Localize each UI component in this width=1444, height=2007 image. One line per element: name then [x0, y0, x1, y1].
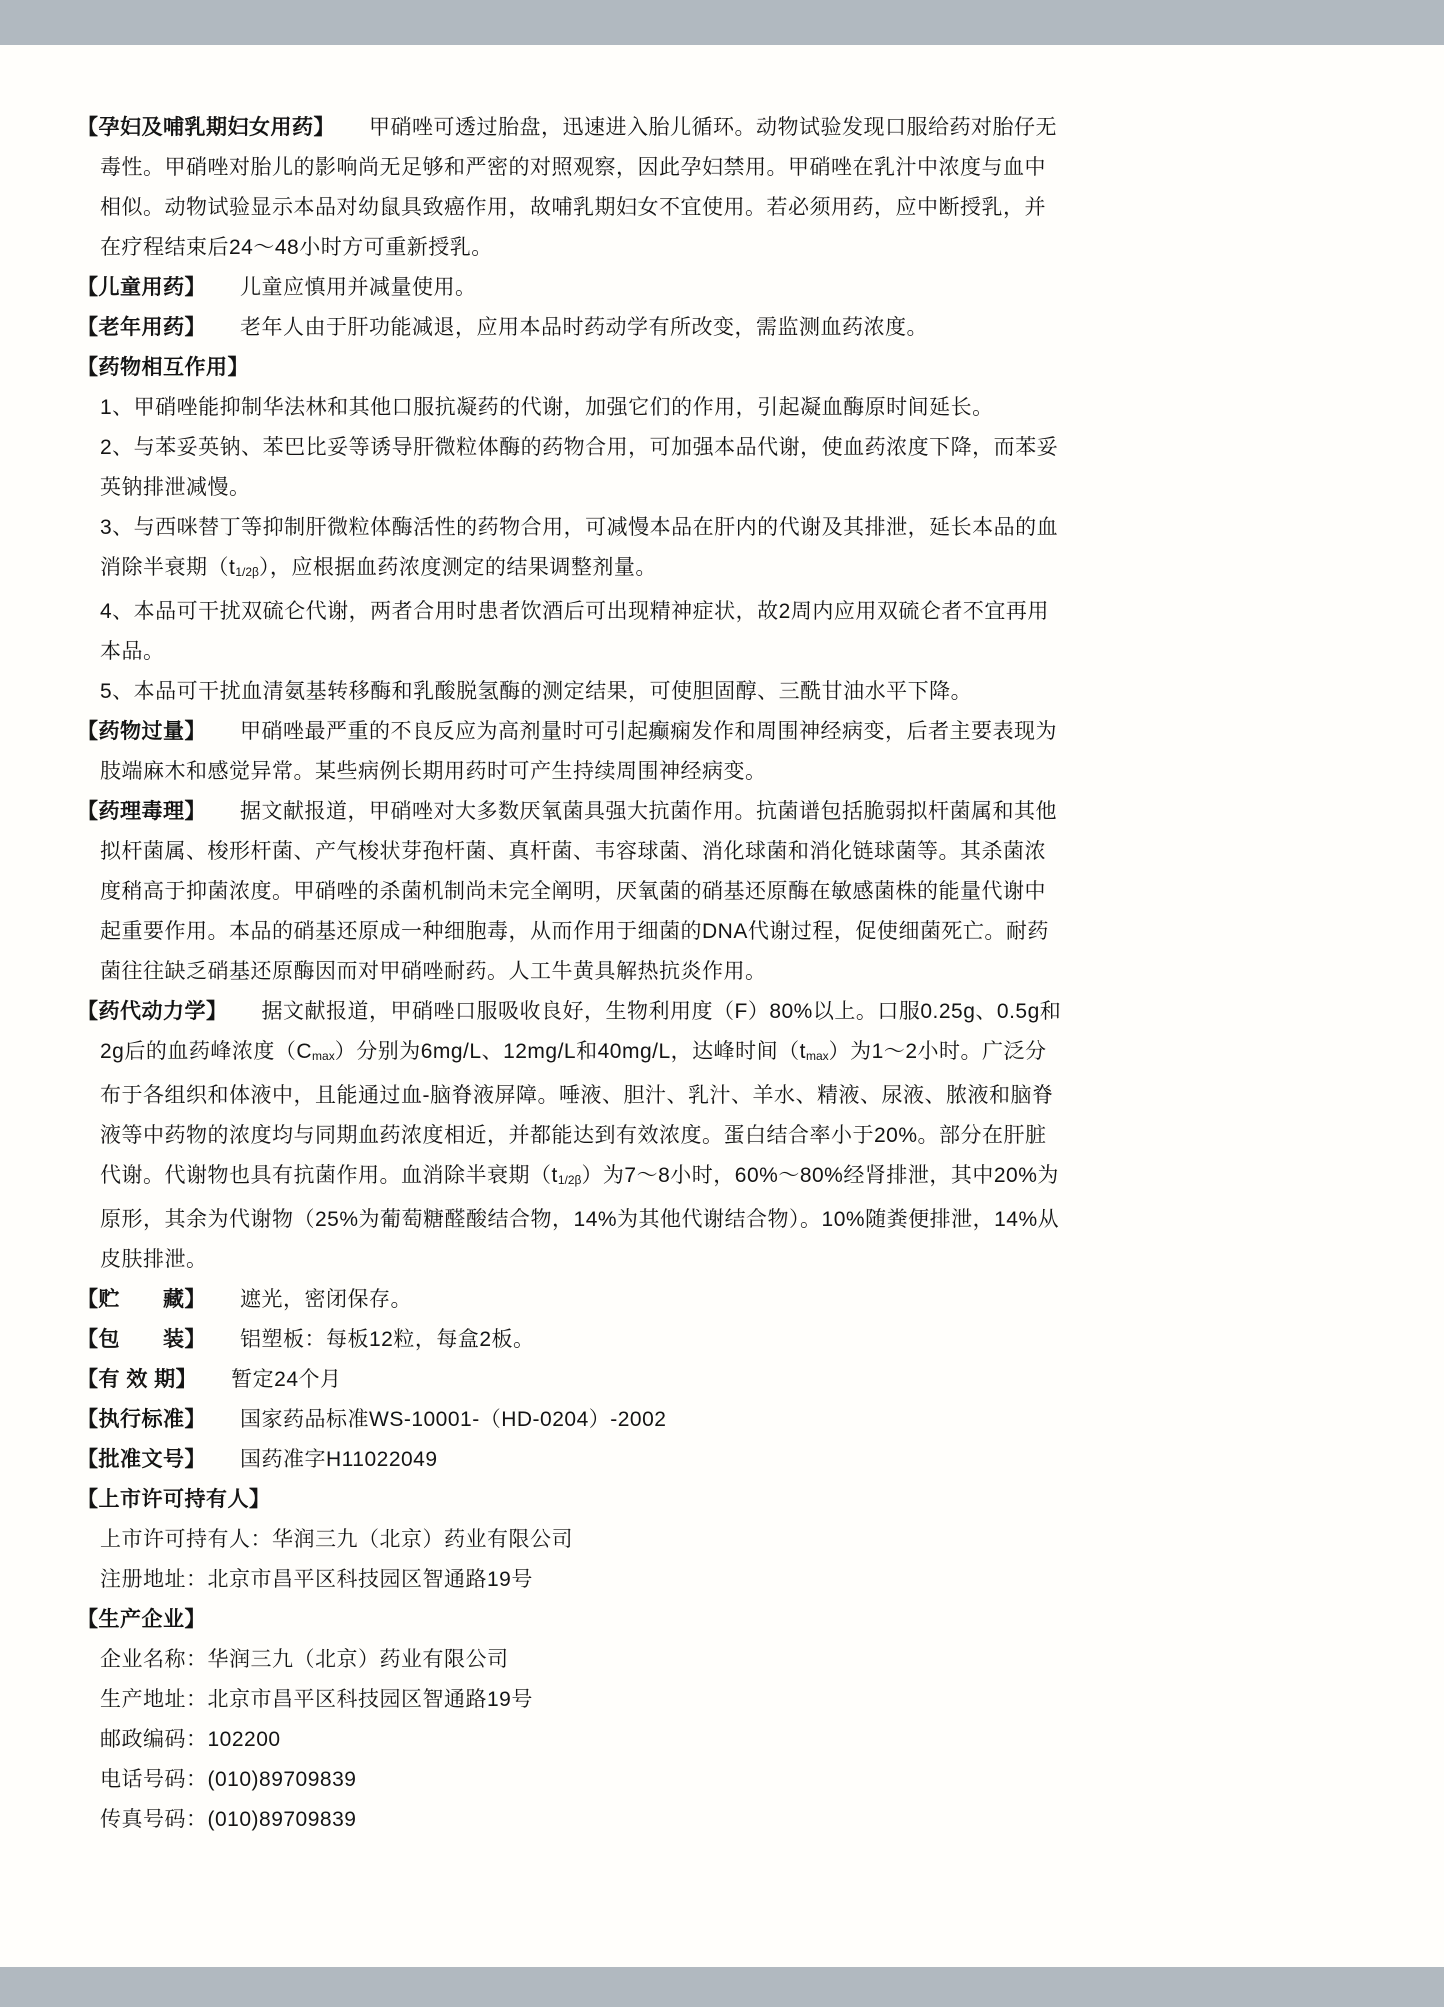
subscript-text: 1/2β	[235, 565, 259, 579]
section-label: 【药理毒理】	[77, 800, 206, 823]
body-text: 生产地址：北京市昌平区科技园区智通路19号	[100, 1688, 533, 1711]
info-line: 生产地址：北京市昌平区科技园区智通路19号	[100, 1680, 1062, 1720]
interaction-list-item: 1、甲硝唑能抑制华法林和其他口服抗凝药的代谢，加强它们的作用，引起凝血酶原时间延…	[100, 388, 1062, 428]
section-paragraph: 【药物过量】甲硝唑最严重的不良反应为高剂量时可引起癫痫发作和周围神经病变，后者主…	[100, 712, 1062, 792]
body-text: 上市许可持有人：华润三九（北京）药业有限公司	[100, 1528, 573, 1551]
section-paragraph: 【执行标准】国家药品标准WS-10001-（HD-0204）-2002	[100, 1400, 1062, 1440]
subscript-text: max	[312, 1049, 335, 1063]
section-paragraph: 【包 装】铝塑板：每板12粒，每盒2板。	[100, 1320, 1062, 1360]
body-text: 铝塑板：每板12粒，每盒2板。	[240, 1328, 535, 1351]
section-label: 【包 装】	[77, 1328, 206, 1351]
body-text: ），应根据血药浓度测定的结果调整剂量。	[259, 556, 657, 579]
section-label: 【批准文号】	[77, 1448, 206, 1471]
section-paragraph: 【药理毒理】据文献报道，甲硝唑对大多数厌氧菌具强大抗菌作用。抗菌谱包括脆弱拟杆菌…	[100, 792, 1062, 992]
section-paragraph: 【批准文号】国药准字H11022049	[100, 1440, 1062, 1480]
body-text: 2、与苯妥英钠、苯巴比妥等诱导肝微粒体酶的药物合用，可加强本品代谢，使血药浓度下…	[100, 436, 1058, 499]
body-text: 据文献报道，甲硝唑对大多数厌氧菌具强大抗菌作用。抗菌谱包括脆弱拟杆菌属和其他拟杆…	[100, 800, 1057, 983]
section-paragraph: 【儿童用药】儿童应慎用并减量使用。	[100, 268, 1062, 308]
body-text: 遮光，密闭保存。	[240, 1288, 412, 1311]
section-label: 【儿童用药】	[77, 276, 206, 299]
info-line: 邮政编码：102200	[100, 1720, 1062, 1760]
subscript-text: max	[806, 1049, 829, 1063]
bottom-border-band	[0, 1967, 1444, 2007]
body-text: 暂定24个月	[231, 1368, 341, 1391]
body-text: 企业名称：华润三九（北京）药业有限公司	[100, 1648, 509, 1671]
section-paragraph: 【贮 藏】遮光，密闭保存。	[100, 1280, 1062, 1320]
body-text: 国家药品标准WS-10001-（HD-0204）-2002	[240, 1408, 666, 1431]
subscript-text: 1/2β	[558, 1173, 582, 1187]
section-paragraph: 【药代动力学】据文献报道，甲硝唑口服吸收良好，生物利用度（F）80%以上。口服0…	[100, 992, 1062, 1280]
package-insert-body: 【孕妇及哺乳期妇女用药】甲硝唑可透过胎盘，迅速进入胎儿循环。动物试验发现口服给药…	[100, 108, 1062, 1840]
info-line: 传真号码：(010)89709839	[100, 1800, 1062, 1840]
top-border-band	[0, 0, 1444, 45]
info-line: 企业名称：华润三九（北京）药业有限公司	[100, 1640, 1062, 1680]
body-text: 电话号码：(010)89709839	[100, 1768, 356, 1791]
interaction-list-item: 5、本品可干扰血清氨基转移酶和乳酸脱氢酶的测定结果，可使胆固醇、三酰甘油水平下降…	[100, 672, 1062, 712]
section-label: 【药物过量】	[77, 720, 206, 743]
body-text: 国药准字H11022049	[240, 1448, 438, 1471]
body-text: 注册地址：北京市昌平区科技园区智通路19号	[100, 1568, 533, 1591]
section-label: 【贮 藏】	[77, 1288, 206, 1311]
section-paragraph: 【老年用药】老年人由于肝功能减退，应用本品时药动学有所改变，需监测血药浓度。	[100, 308, 1062, 348]
body-text: 儿童应慎用并减量使用。	[240, 276, 477, 299]
section-paragraph: 【上市许可持有人】	[100, 1480, 1062, 1520]
info-line: 上市许可持有人：华润三九（北京）药业有限公司	[100, 1520, 1062, 1560]
section-label: 【上市许可持有人】	[77, 1488, 271, 1511]
body-text: 4、本品可干扰双硫仑代谢，两者合用时患者饮酒后可出现精神症状，故2周内应用双硫仑…	[100, 600, 1049, 663]
section-label: 【老年用药】	[77, 316, 206, 339]
interaction-list-item: 2、与苯妥英钠、苯巴比妥等诱导肝微粒体酶的药物合用，可加强本品代谢，使血药浓度下…	[100, 428, 1062, 508]
section-paragraph: 【药物相互作用】	[100, 348, 1062, 388]
section-label: 【孕妇及哺乳期妇女用药】	[77, 116, 335, 139]
section-label: 【执行标准】	[77, 1408, 206, 1431]
section-label: 【药物相互作用】	[77, 356, 249, 379]
section-label: 【药代动力学】	[77, 1000, 228, 1023]
body-text: ）分别为6mg/L、12mg/L和40mg/L，达峰时间（t	[335, 1040, 806, 1063]
body-text: 邮政编码：102200	[100, 1728, 281, 1751]
interaction-list-item: 4、本品可干扰双硫仑代谢，两者合用时患者饮酒后可出现精神症状，故2周内应用双硫仑…	[100, 592, 1062, 672]
section-paragraph: 【有 效 期】暂定24个月	[100, 1360, 1062, 1400]
body-text: 传真号码：(010)89709839	[100, 1808, 356, 1831]
body-text: 老年人由于肝功能减退，应用本品时药动学有所改变，需监测血药浓度。	[240, 316, 928, 339]
interaction-list-item: 3、与西咪替丁等抑制肝微粒体酶活性的药物合用，可减慢本品在肝内的代谢及其排泄，延…	[100, 508, 1062, 592]
section-paragraph: 【孕妇及哺乳期妇女用药】甲硝唑可透过胎盘，迅速进入胎儿循环。动物试验发现口服给药…	[100, 108, 1062, 268]
body-text: 甲硝唑最严重的不良反应为高剂量时可引起癫痫发作和周围神经病变，后者主要表现为肢端…	[100, 720, 1057, 783]
body-text: 5、本品可干扰血清氨基转移酶和乳酸脱氢酶的测定结果，可使胆固醇、三酰甘油水平下降…	[100, 680, 972, 703]
section-paragraph: 【生产企业】	[100, 1600, 1062, 1640]
info-line: 注册地址：北京市昌平区科技园区智通路19号	[100, 1560, 1062, 1600]
section-label: 【有 效 期】	[77, 1368, 197, 1391]
section-label: 【生产企业】	[77, 1608, 206, 1631]
info-line: 电话号码：(010)89709839	[100, 1760, 1062, 1800]
body-text: 1、甲硝唑能抑制华法林和其他口服抗凝药的代谢，加强它们的作用，引起凝血酶原时间延…	[100, 396, 994, 419]
